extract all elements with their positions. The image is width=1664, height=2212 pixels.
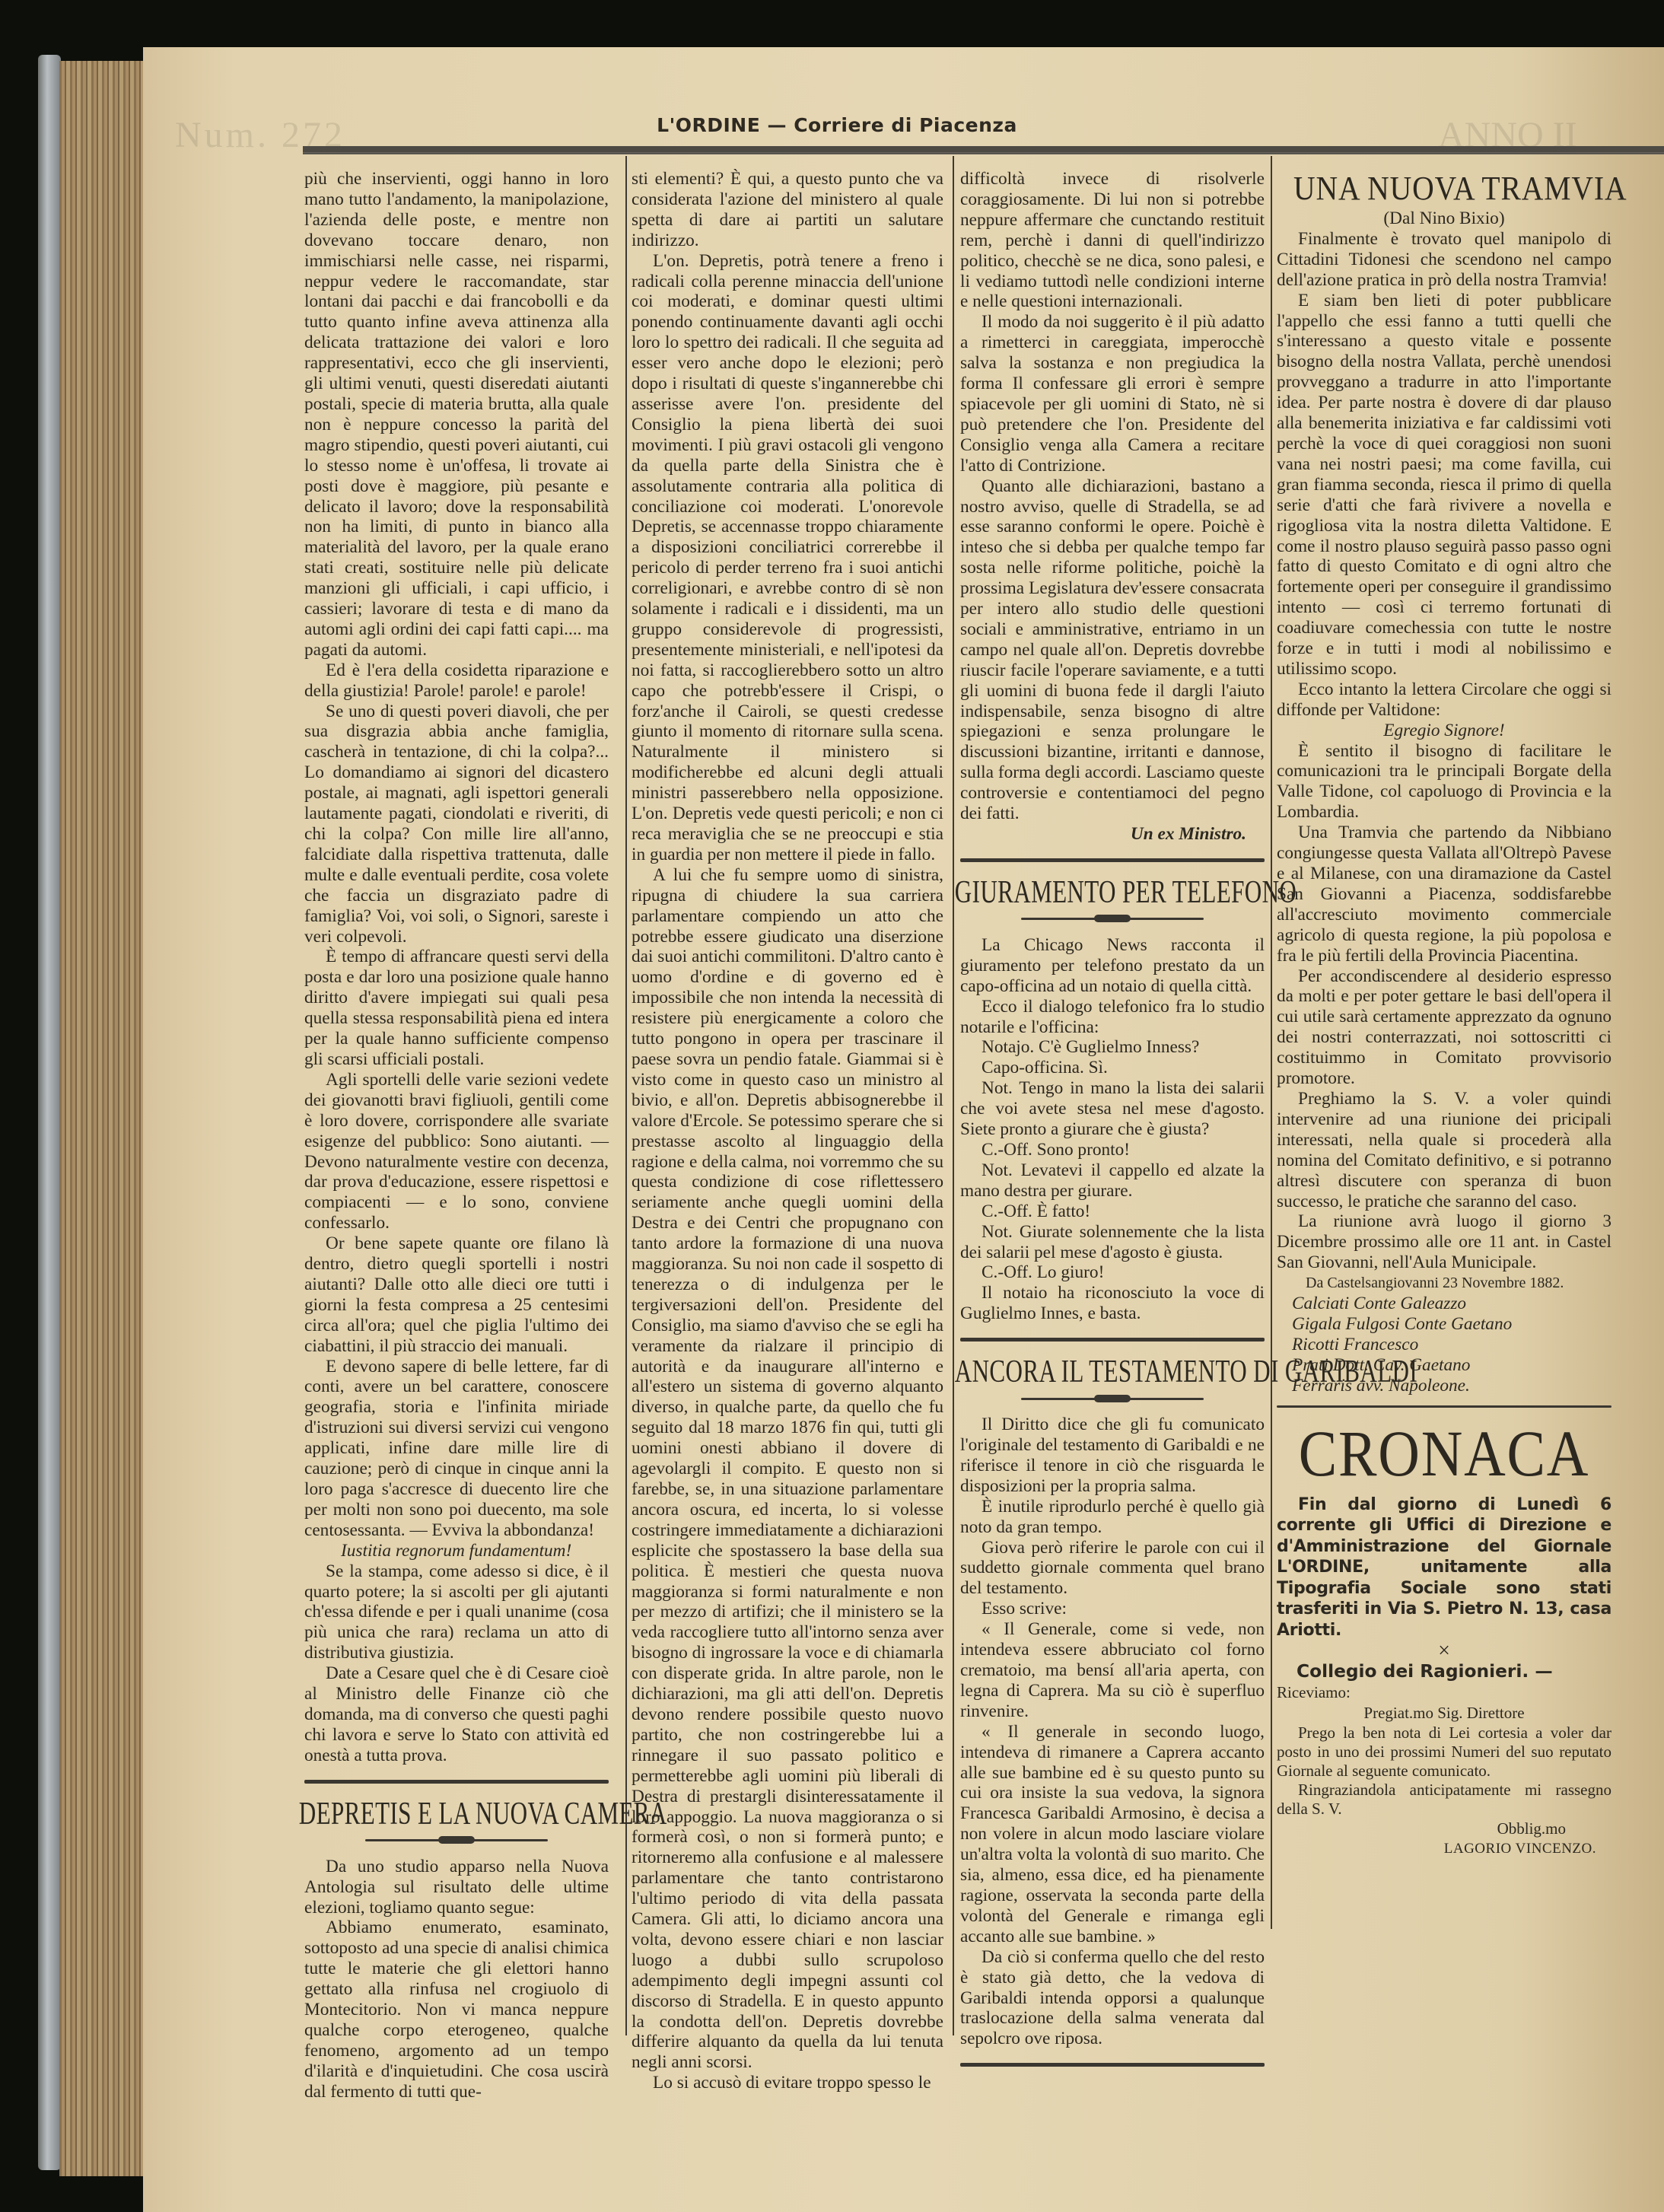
paragraph: Or bene sapete quante ore filano là dent… [304,1233,609,1356]
section-rule [960,858,1265,862]
dateline: Da Castelsangiovanni 23 Novembre 1882. [1277,1273,1612,1294]
paragraph: Il notaio ha riconosciuto la voce di Gug… [960,1283,1265,1324]
paragraph: Da uno studio apparso nella Nuova Antolo… [304,1857,609,1918]
letter-signature: LAGORIO VINCENZO. [1277,1839,1612,1860]
paragraph: A lui che fu sempre uomo di sinistra, ri… [632,865,943,2073]
signatory: Prati Dott. Cav. Gaetano [1277,1355,1612,1376]
headline-giuramento: GIURAMENTO PER TELEFONO [955,874,1270,911]
signatory: Ricotti Francesco [1277,1335,1612,1355]
section-rule [304,1780,609,1784]
paragraph: Ed è l'era della cosidetta riparazione e… [304,660,609,702]
item-title: Collegio dei Ragionieri. — [1297,1661,1553,1682]
letter-paragraph: Per accondiscendere al desiderio espress… [1277,966,1612,1089]
paragraph: Ecco intanto la lettera Circolare che og… [1277,680,1612,721]
paragraph: È tempo di affrancare questi servi della… [304,947,609,1069]
dialogue-line: C.-Off. Lo giuro! [960,1262,1265,1283]
paragraph: Ecco il dialogo telefonico fra lo studio… [960,997,1265,1038]
paragraph: E devono sapere di belle lettere, far di… [304,1357,609,1541]
paragraph: Quanto alle dichiarazioni, bastano a nos… [960,476,1265,824]
letter-salutation: Pregiat.mo Sig. Direttore [1277,1703,1612,1723]
news-item-title: Collegio dei Ragionieri. — [1277,1662,1612,1682]
signatory-list: Calciati Conte Galeazzo Gigala Fulgosi C… [1277,1294,1612,1396]
paragraph: Agli sportelli delle varie sezioni vedet… [304,1070,609,1233]
paragraph: Giova però riferire le parole con cui il… [960,1538,1265,1599]
paragraph: Date a Cesare quel che è di Cesare cioè … [304,1663,609,1766]
relocation-notice: Fin dal giorno di Lunedì 6 corrente gli … [1277,1494,1612,1641]
dialogue-line: Capo-officina. Sì. [960,1058,1265,1078]
item-intro: Riceviamo: [1277,1682,1612,1703]
ornament-divider [960,914,1265,925]
paragraph: Il modo da noi suggerito è il più adatto… [960,312,1265,476]
paragraph: Esso scrive: [960,1599,1265,1619]
paragraph: La Chicago News racconta il giuramento p… [960,935,1265,997]
letter-paragraph: La riunione avrà luogo il giorno 3 Dicem… [1277,1211,1612,1273]
quote-paragraph: « Il generale in secondo luogo, intendev… [960,1722,1265,1947]
signatory: Gigala Fulgosi Conte Gaetano [1277,1314,1612,1335]
section-header-cronaca: CRONACA [1297,1417,1591,1490]
paragraph: E siam ben lieti di poter pubblicare l'a… [1277,291,1612,680]
signatory: Calciati Conte Galeazzo [1277,1294,1612,1314]
closing: Obblig.mo [1277,1819,1612,1839]
letter-paragraph: Preghiamo la S. V. a voler quindi interv… [1277,1089,1612,1211]
dialogue-line: C.-Off. È fatto! [960,1201,1265,1222]
signatory: Ferraris avv. Napoleone. [1277,1376,1612,1396]
column-divider [953,156,954,2035]
column-divider [625,156,627,2035]
paragraph: Abbiamo enumerato, esaminato, sottoposto… [304,1918,609,2102]
letter-paragraph: Prego la ben nota di Lei cortesia a vole… [1277,1723,1612,1781]
page-edges [59,61,145,2176]
paragraph: È inutile riprodurlo perché è quello già… [960,1497,1265,1538]
letter-paragraph: Ringraziandola anticipatamente mi rasseg… [1277,1781,1612,1819]
headline-depretis: DEPRETIS E LA NUOVA CAMERA [299,1796,614,1832]
dialogue-line: Notajo. C'è Guglielmo Inness? [960,1037,1265,1058]
section-rule [960,1338,1265,1342]
headline-garibaldi: ANCORA IL TESTAMENTO DI GARIBALDI [955,1354,1270,1390]
column-4: UNA NUOVA TRAMVIA (Dal Nino Bixio) Final… [1277,169,1612,1860]
dialogue-line: C.-Off. Sono pronto! [960,1140,1265,1160]
book-spine [38,55,61,2170]
column-divider [1271,156,1272,1929]
latin-motto: Iustitia regnorum fundamentum! [304,1541,609,1561]
column-3: difficoltà invece di risolverle coraggio… [960,169,1265,2079]
dialogue-line: Not. Giurate solennemente che la lista d… [960,1222,1265,1263]
dialogue-line: Not. Tengo in mano la lista dei salarii … [960,1078,1265,1140]
cross-separator: × [1277,1641,1612,1662]
paragraph: Se uno di questi poveri diavoli, che per… [304,702,609,947]
headline-tramvia: UNA NUOVA TRAMVIA [1293,169,1595,208]
paragraph: più che inservienti, oggi hanno in loro … [304,169,609,660]
paragraph: Il Diritto dice che gli fu comunicato l'… [960,1415,1265,1497]
paragraph: Lo si accusò di evitare troppo spesso le [632,2073,943,2093]
paragraph: difficoltà invece di risolverle coraggio… [960,169,1265,312]
paragraph: Finalmente è trovato quel manipolo di Ci… [1277,229,1612,291]
quote-paragraph: « Il Generale, come si vede, non intende… [960,1619,1265,1722]
column-1: più che inservienti, oggi hanno in loro … [304,169,609,2102]
letter-salutation: Egregio Signore! [1277,721,1612,741]
column-2: sti elementi? È qui, a questo punto che … [632,169,943,2093]
dialogue-line: Not. Levatevi il cappello ed alzate la m… [960,1160,1265,1201]
section-rule [960,2063,1265,2067]
paragraph: L'on. Depretis, potrà tenere a freno i r… [632,251,943,865]
masthead-rule [303,146,1664,154]
section-rule [1277,1405,1612,1408]
letter-paragraph: Una Tramvia che partendo da Nibbiano con… [1277,823,1612,966]
article-signature: Un ex Ministro. [960,824,1265,845]
paragraph: Da ciò si conferma quello che del resto … [960,1947,1265,2050]
paragraph: sti elementi? È qui, a questo punto che … [632,169,943,251]
article-source: (Dal Nino Bixio) [1277,208,1612,229]
ornament-divider [960,1393,1265,1404]
paragraph: Se la stampa, come adesso si dice, è il … [304,1561,609,1664]
ornament-divider [304,1835,609,1846]
masthead-title: L'ORDINE — Corriere di Piacenza [304,114,1370,136]
letter-paragraph: È sentito il bisogno di facilitare le co… [1277,741,1612,823]
